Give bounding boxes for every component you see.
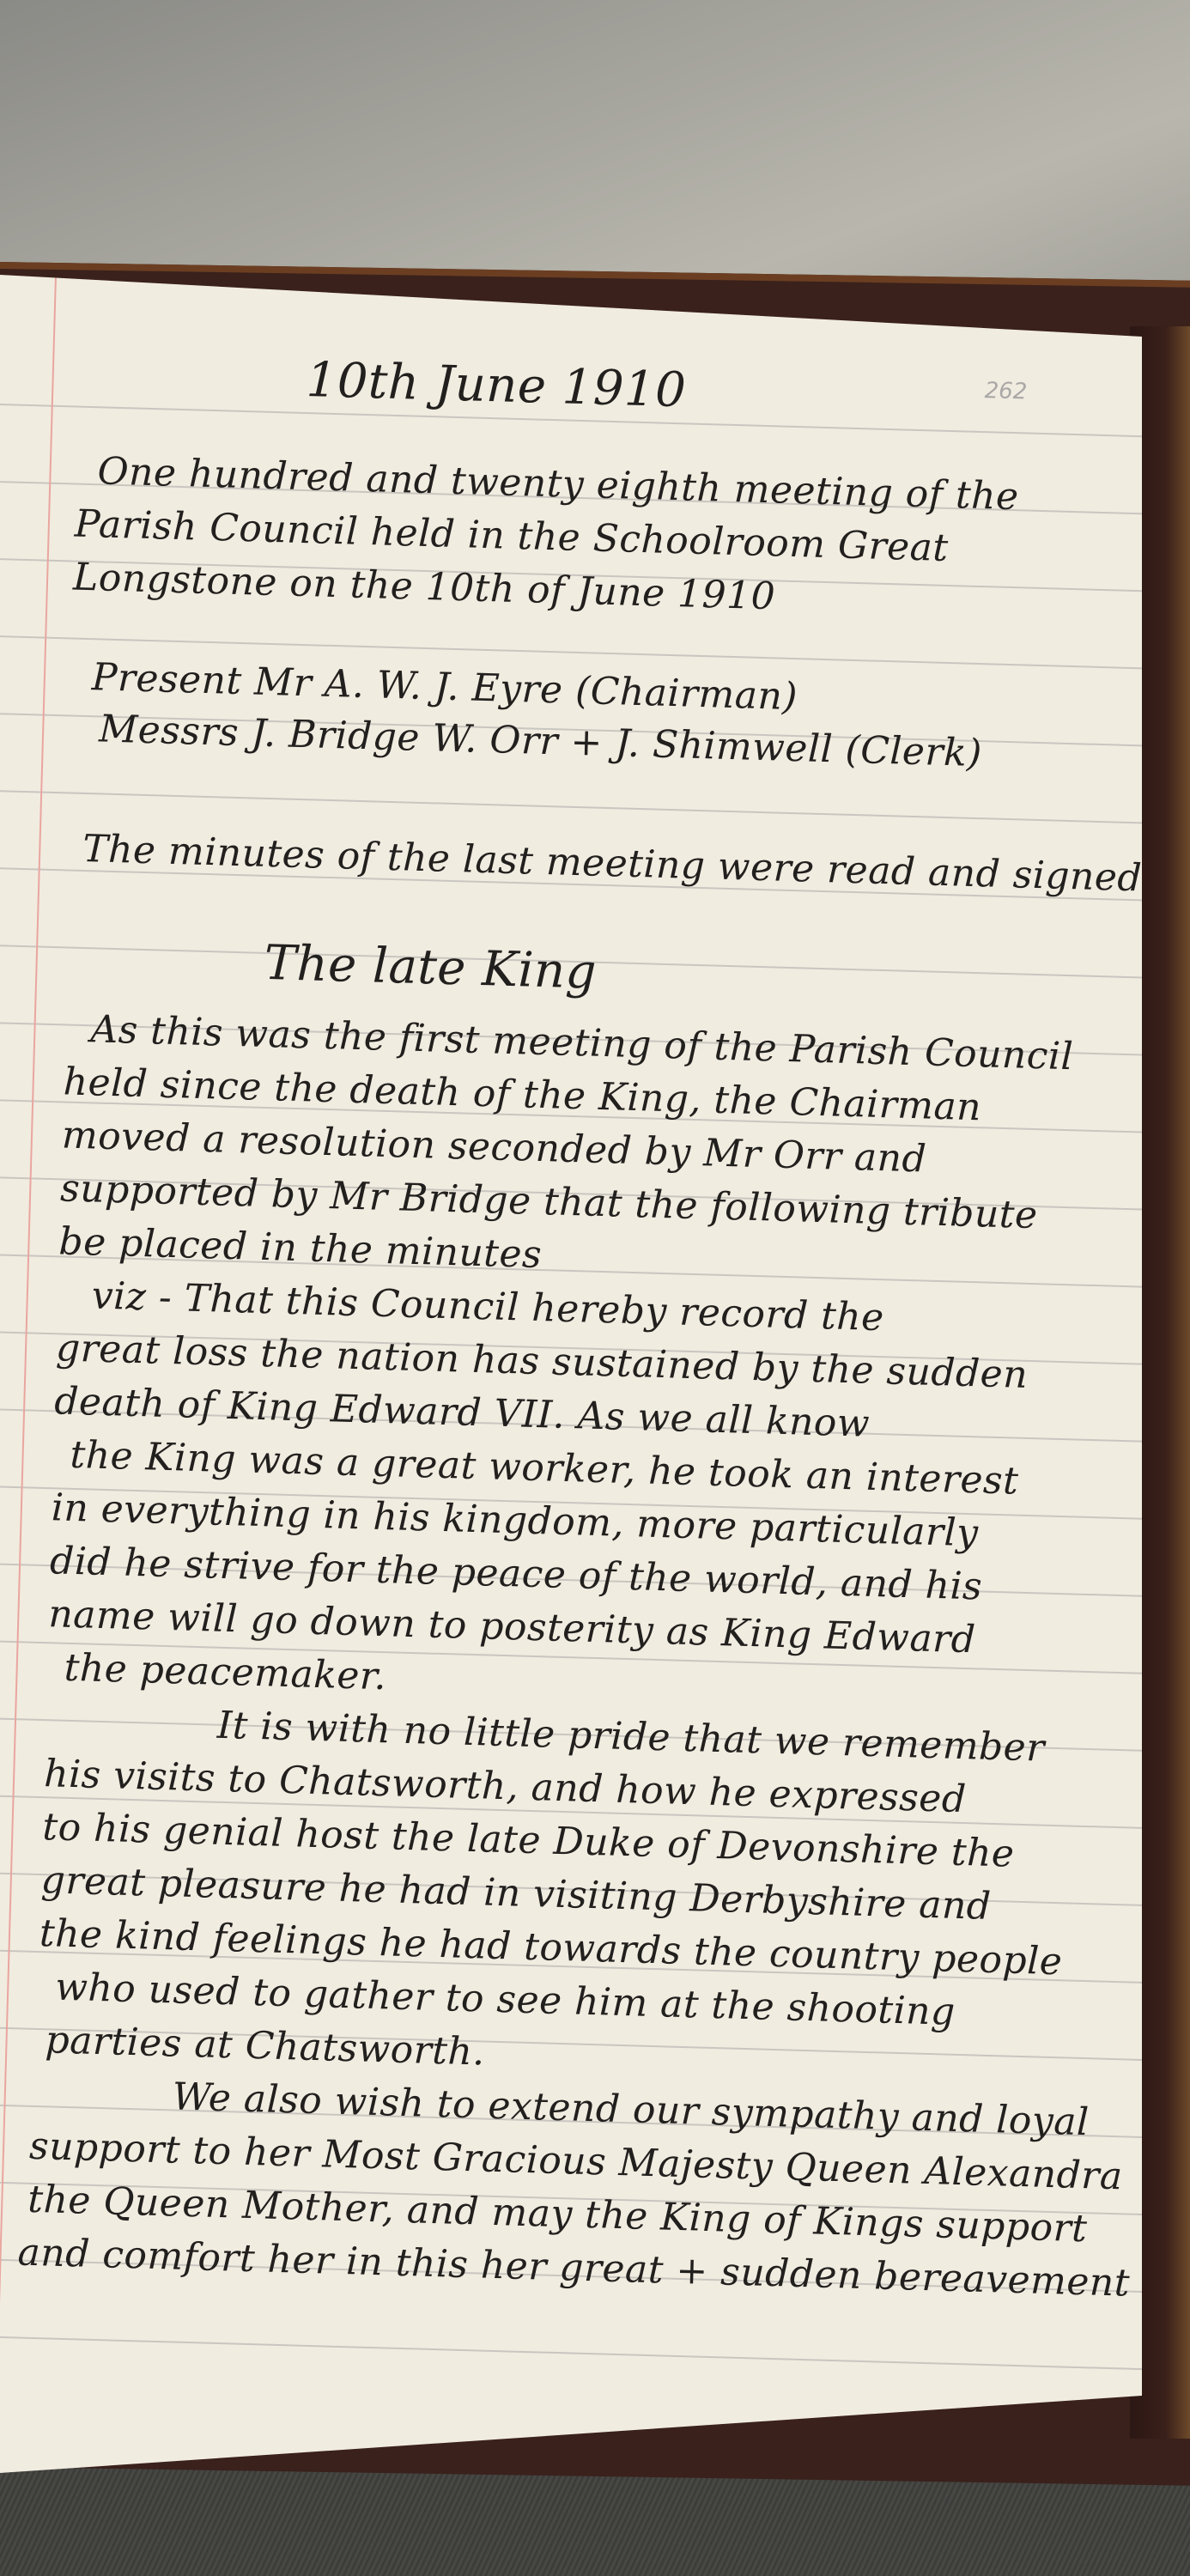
minute-book-page: 262 10th June 1910 One hundred and twent… — [0, 275, 1142, 2473]
rule-line — [0, 2335, 1142, 2370]
present-line: Messrs J. Bridge W. Orr + J. Shimwell (C… — [99, 707, 983, 775]
rule-line — [0, 790, 1142, 825]
body-line: the peacemaker. — [64, 1646, 387, 1698]
date-heading: 10th June 1910 — [306, 352, 687, 418]
intro-line: Longstone on the 10th of June 1910 — [72, 556, 775, 619]
section-heading: The late King — [264, 935, 598, 1000]
minutes-read-line: The minutes of the last meeting were rea… — [82, 827, 1142, 900]
page-number: 262 — [984, 378, 1027, 404]
body-line: be placed in the minutes — [58, 1219, 543, 1277]
body-line: parties at Chatsworth. — [45, 2018, 486, 2074]
